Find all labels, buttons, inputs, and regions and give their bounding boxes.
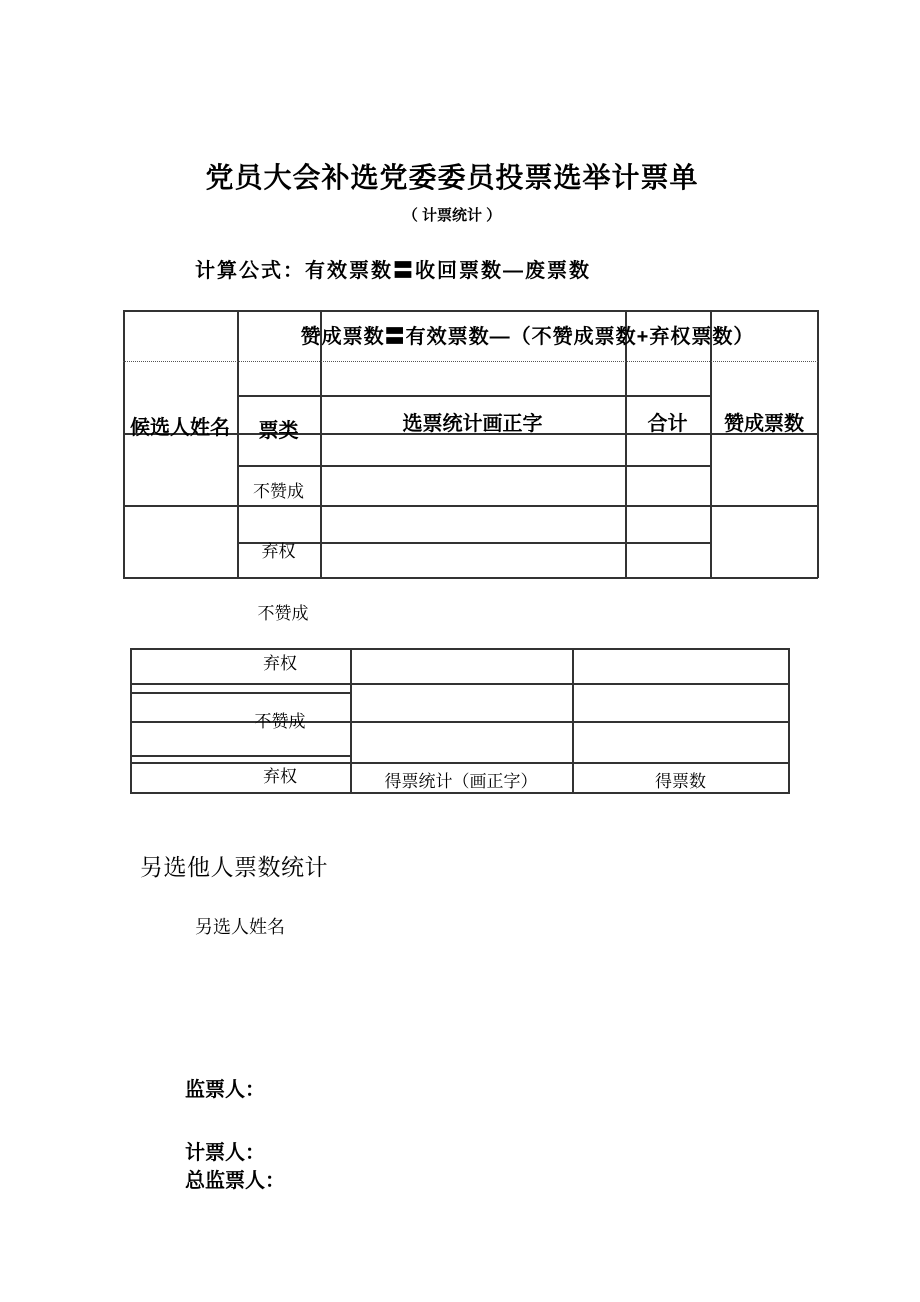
counter-signature-label: 计票人： — [185, 1141, 265, 1165]
grid-line-horizontal — [123, 310, 818, 312]
page-title: 党员大会补选党委委员投票选举计票单 — [123, 160, 781, 196]
grid-line-horizontal — [130, 721, 788, 723]
between-tables-disapprove-label: 不赞成 — [237, 601, 329, 627]
table1-row-disapprove: 不赞成 — [237, 479, 320, 505]
table2-row2-disapprove: 不赞成 — [237, 709, 323, 735]
grid-line-horizontal — [130, 683, 788, 685]
grid-line-horizontal — [130, 648, 788, 650]
grid-line-horizontal — [123, 505, 818, 507]
grid-line-horizontal — [123, 577, 818, 579]
grid-line-horizontal — [237, 465, 710, 467]
table2-row1-abstain: 弃权 — [240, 651, 320, 677]
document-page: 党员大会补选党委委员投票选举计票单 （ 计票统计 ） 计算公式：有效票数〓收回票… — [0, 0, 920, 1302]
table2-tally-header: 得票统计（画正字） — [350, 769, 572, 795]
grid-line-vertical — [817, 310, 819, 578]
table1-col-approve: 赞成票数 — [710, 411, 818, 437]
grid-line-vertical — [123, 310, 125, 578]
table2-count-header: 得票数 — [572, 769, 789, 795]
grid-line-vertical — [237, 310, 239, 578]
table1-row-abstain: 弃权 — [237, 539, 320, 565]
supervisor-signature-label: 监票人： — [185, 1078, 265, 1102]
table1-col-tally: 选票统计画正字 — [320, 411, 625, 437]
table1-col-total: 合计 — [625, 411, 710, 437]
table1-col-vote-type: 票类 — [237, 418, 320, 444]
chief-supervisor-signature-label: 总监票人： — [185, 1169, 285, 1193]
grid-line-horizontal — [130, 692, 350, 694]
grid-line-horizontal — [130, 755, 350, 757]
other-votes-heading: 另选他人票数统计 — [140, 853, 328, 881]
grid-line-horizontal — [130, 762, 788, 764]
table2-row3-abstain: 弃权 — [240, 764, 320, 790]
grid-line-horizontal — [123, 361, 818, 362]
calculation-formula: 计算公式：有效票数〓收回票数—废票数 — [195, 258, 591, 284]
grid-line-horizontal — [237, 395, 710, 397]
main-tally-table — [123, 310, 818, 578]
page-subtitle: （ 计票统计 ） — [123, 203, 781, 229]
grid-line-vertical — [710, 310, 712, 578]
table1-header-formula: 赞成票数〓有效票数—（不赞成票数+弃权票数） — [237, 324, 818, 350]
other-candidate-name-label: 另选人姓名 — [195, 915, 285, 939]
grid-line-vertical — [320, 310, 322, 578]
table1-col-candidate-name: 候选人姓名 — [123, 415, 237, 441]
grid-line-vertical — [625, 310, 627, 578]
